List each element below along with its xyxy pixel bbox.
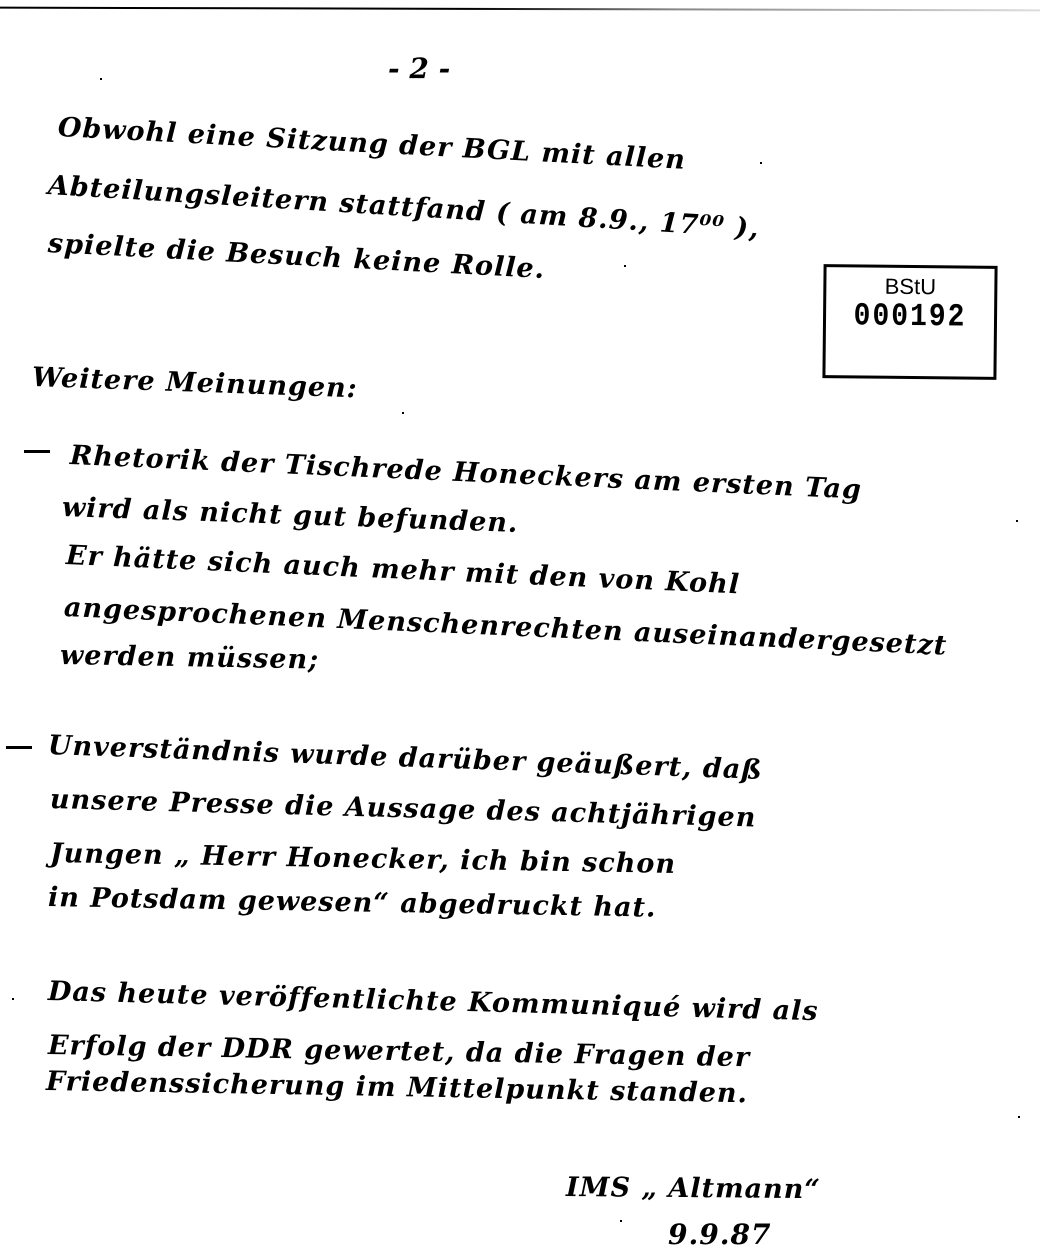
bullet-2-line-2: unsere Presse die Aussage des achtjährig… [50, 784, 757, 833]
scan-speck [620, 1220, 622, 1222]
bullet-2-line-3: Jungen „ Herr Honecker, ich bin schon [50, 838, 677, 880]
bullet-dash-1 [24, 450, 50, 453]
paragraph-1-line-1: Obwohl eine Sitzung der BGL mit allen [57, 112, 686, 176]
bullet-2-line-4: in Potsdam gewesen“ abgedruckt hat. [48, 882, 657, 924]
top-edge-line [0, 7, 1040, 12]
scan-speck [760, 162, 762, 164]
scan-speck [1016, 520, 1018, 522]
scan-speck [12, 998, 14, 1000]
stamp-number: 000192 [826, 299, 994, 336]
section-heading: Weitere Meinungen: [31, 362, 358, 404]
signature-date: 9.9.87 [668, 1218, 771, 1248]
scan-speck [1018, 1116, 1020, 1118]
bullet-1-line-2: wird als nicht gut befunden. [61, 492, 518, 539]
bullet-2-line-1: Unverständnis wurde darüber geäußert, da… [47, 730, 763, 786]
paragraph-3-line-1: Das heute veröffentlichte Kommuniqué wir… [48, 976, 819, 1027]
scan-speck [402, 412, 404, 414]
signature: IMS „ Altmann“ [566, 1172, 821, 1205]
bullet-dash-2 [6, 746, 32, 749]
paragraph-3-line-2: Erfolg der DDR gewertet, da die Fragen d… [48, 1030, 751, 1073]
page-number: - 2 - [388, 52, 450, 85]
scan-speck [624, 265, 626, 267]
archive-stamp: BStU 000192 [822, 264, 997, 380]
stamp-title: BStU [826, 273, 994, 301]
scan-speck [100, 78, 102, 80]
paragraph-1-line-3: spielte die Besuch keine Rolle. [47, 228, 546, 285]
bullet-1-line-3: Er hätte sich auch mehr mit den von Kohl [65, 540, 740, 600]
paragraph-3-line-3: Friedenssicherung im Mittelpunkt standen… [46, 1066, 749, 1109]
bullet-1-line-5: werden müssen; [60, 640, 320, 676]
